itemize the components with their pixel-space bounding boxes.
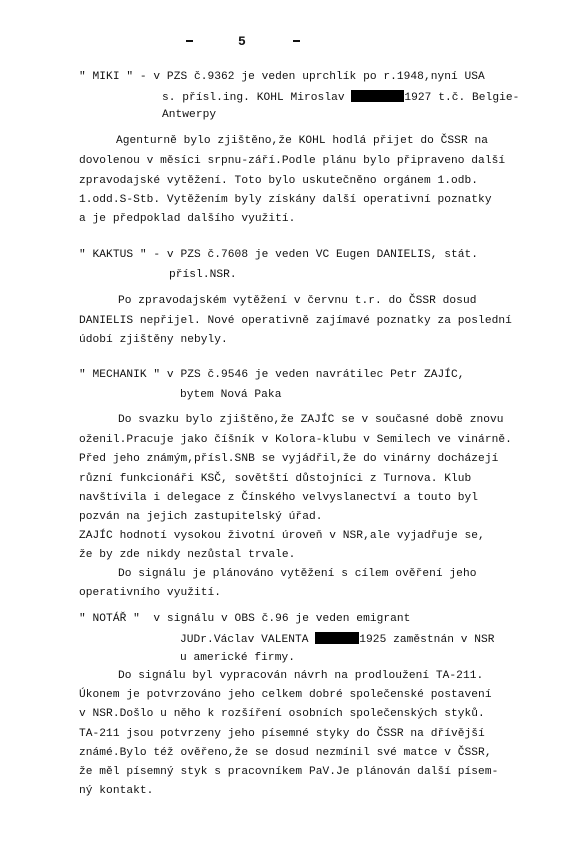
miki-name-text: s. přísl.ing. KOHL Miroslav bbox=[162, 92, 345, 104]
section-notar-header-line-3: u americké firmy. bbox=[180, 651, 295, 665]
section-mechanik-body-line-4: různí funkcionáři KSČ, sovětští důstojní… bbox=[79, 472, 471, 486]
miki-birth-location-text: 1927 t.č. Belgie- bbox=[404, 92, 519, 104]
page-number-dash-right bbox=[293, 40, 300, 42]
section-miki-body-line-5: a je předpoklad dalšího využití. bbox=[79, 212, 295, 226]
section-miki-body-line-4: 1.odd.S-Stb. Vytěžením byly získány dalš… bbox=[79, 193, 492, 207]
section-mechanik-body-line-8: že by zde nikdy nezůstal trvale. bbox=[79, 548, 295, 562]
section-miki-header-line-3: Antwerpy bbox=[162, 108, 216, 122]
section-notar-body-line-4: TA-211 jsou potvrzeny jeho písemné styky… bbox=[79, 727, 485, 741]
section-miki-header-line-2: s. přísl.ing. KOHL Miroslav 1927 t.č. Be… bbox=[162, 90, 519, 105]
section-mechanik-header-line-2: bytem Nová Paka bbox=[180, 388, 281, 402]
notar-name-text: JUDr.Václav VALENTA bbox=[180, 634, 309, 646]
section-mechanik-body-line-9: Do signálu je plánováno vytěžení s cílem… bbox=[118, 567, 476, 581]
section-mechanik-body-line-7: ZAJÍC hodnotí vysokou životní úroveň v N… bbox=[79, 529, 485, 543]
page-number-dash-left bbox=[186, 40, 193, 42]
section-miki-header-line-1: " MIKI " - v PZS č.9362 je veden uprchlí… bbox=[79, 70, 485, 84]
section-kaktus-body-line-2: DANIELIS nepřijel. Nové operativně zajím… bbox=[79, 314, 512, 328]
section-miki-body-line-3: zpravodajské vytěžení. Toto bylo uskuteč… bbox=[79, 174, 478, 188]
section-kaktus-header-line-2: přísl.NSR. bbox=[169, 268, 237, 282]
redaction-block bbox=[351, 90, 404, 102]
section-miki-body-line-1: Agenturně bylo zjištěno,že KOHL hodlá př… bbox=[116, 134, 488, 148]
section-notar-body-line-7: ný kontakt. bbox=[79, 784, 153, 798]
section-mechanik-body-line-3: Před jeho známým,přísl.SNB se vyjádřil,ž… bbox=[79, 452, 498, 466]
section-notar-header-line-1: " NOTÁŘ " v signálu v OBS č.96 je veden … bbox=[79, 612, 410, 626]
section-mechanik-header-line-1: " MECHANIK " v PZS č.9546 je veden navrá… bbox=[79, 368, 465, 382]
section-notar-body-line-6: že měl písemný styk s pracovníkem PaV.Je… bbox=[79, 765, 498, 779]
section-notar-body-line-3: v NSR.Došlo u něho k rozšíření osobních … bbox=[79, 707, 485, 721]
section-mechanik-body-line-6: pozván na jejich zastupitelský úřad. bbox=[79, 510, 323, 524]
notar-birth-employment-text: 1925 zaměstnán v NSR bbox=[359, 634, 494, 646]
section-miki-body-line-2: dovolenou v měsíci srpnu-září.Podle plán… bbox=[79, 154, 505, 168]
section-notar-body-line-2: Úkonem je potvrzováno jeho celkem dobré … bbox=[79, 688, 492, 702]
document-page: 5 " MIKI " - v PZS č.9362 je veden uprch… bbox=[0, 0, 584, 851]
section-mechanik-body-line-5: navštívila i delegace z Čínského velvysl… bbox=[79, 491, 478, 505]
section-mechanik-body-line-10: operativního využití. bbox=[79, 586, 221, 600]
section-mechanik-body-line-1: Do svazku bylo zjištěno,že ZAJÍC se v so… bbox=[118, 413, 504, 427]
section-kaktus-body-line-1: Po zpravodajském vytěžení v červnu t.r. … bbox=[118, 294, 476, 308]
redaction-block bbox=[315, 632, 359, 644]
section-mechanik-body-line-2: oženil.Pracuje jako číšník v Kolora-klub… bbox=[79, 433, 512, 447]
section-notar-body-line-1: Do signálu byl vypracován návrh na prodl… bbox=[118, 669, 483, 683]
section-notar-body-line-5: známé.Bylo též ověřeno,že se dosud nezmí… bbox=[79, 746, 492, 760]
section-kaktus-body-line-3: údobí zjištěny nebyly. bbox=[79, 333, 228, 347]
page-number: 5 bbox=[238, 34, 246, 49]
section-kaktus-header-line-1: " KAKTUS " - v PZS č.7608 je veden VC Eu… bbox=[79, 248, 478, 262]
section-notar-header-line-2: JUDr.Václav VALENTA 1925 zaměstnán v NSR bbox=[180, 632, 495, 647]
